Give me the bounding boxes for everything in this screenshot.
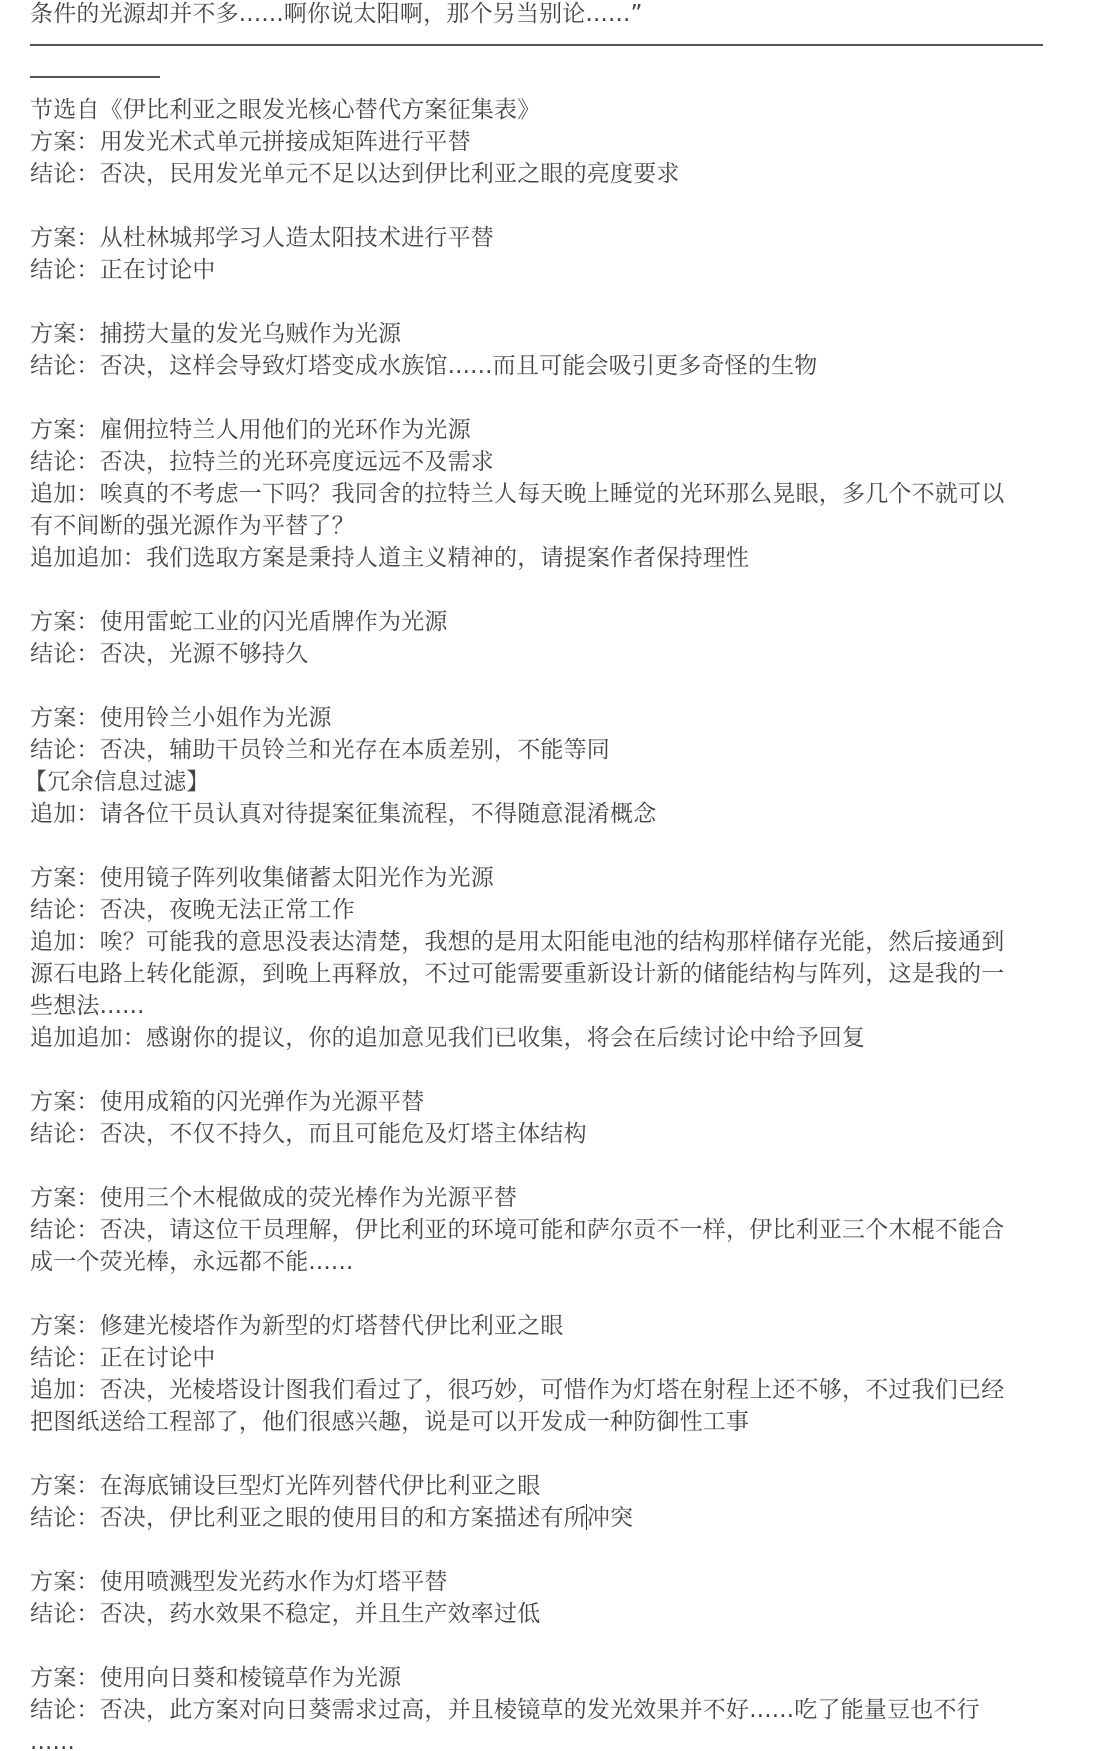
proposal-plan: 方案：使用雷蛇工业的闪光盾牌作为光源 [30, 606, 1050, 638]
spacer [30, 190, 1050, 222]
spacer [30, 1150, 1050, 1182]
proposal-addendum: 把图纸送给工程部了，他们很感兴趣，说是可以开发成一种防御性工事 [30, 1406, 1050, 1438]
proposal-verdict: 结论：否决，不仅不持久，而且可能危及灯塔主体结构 [30, 1118, 1050, 1150]
proposal-plan: 方案：使用喷溅型发光药水作为灯塔平替 [30, 1566, 1050, 1598]
proposal-addendum: 追加：否决，光棱塔设计图我们看过了，很巧妙，可惜作为灯塔在射程上还不够，不过我们… [30, 1374, 1050, 1406]
verdict-text-after-caret: 冲突 [587, 1505, 633, 1531]
verdict-text-before-caret: 结论：否决，伊比利亚之眼的使用目的和方案描述有所 [30, 1505, 587, 1531]
spacer [30, 1630, 1050, 1662]
divider-bar [30, 76, 160, 78]
proposal-plan: 方案：从杜林城邦学习人造太阳技术进行平替 [30, 222, 1050, 254]
proposal-plan: 方案：用发光术式单元拼接成矩阵进行平替 [30, 126, 1050, 158]
filter-note: 【冗余信息过滤】 [24, 766, 1050, 798]
proposal-addendum: 源石电路上转化能源，到晚上再释放，不过可能需要重新设计新的储能结构与阵列，这是我… [30, 958, 1050, 990]
proposal-plan: 方案：使用向日葵和棱镜草作为光源 [30, 1662, 1050, 1694]
divider-rule-short [30, 62, 1050, 94]
proposal-plan: 方案：使用镜子阵列收集储蓄太阳光作为光源 [30, 862, 1050, 894]
proposal-verdict: 结论：否决，这样会导致灯塔变成水族馆......而且可能会吸引更多奇怪的生物 [30, 350, 1050, 382]
spacer [30, 574, 1050, 606]
proposal-verdict: 结论：否决，药水效果不稳定，并且生产效率过低 [30, 1598, 1050, 1630]
proposal-reply: 追加追加：我们选取方案是秉持人道主义精神的，请提案作者保持理性 [30, 542, 1050, 574]
proposal-plan: 方案：使用铃兰小姐作为光源 [30, 702, 1050, 734]
divider-rule-long [30, 30, 1050, 62]
proposal-verdict: ...... [30, 1726, 1050, 1751]
proposal-plan: 方案：雇佣拉特兰人用他们的光环作为光源 [30, 414, 1050, 446]
proposal-addendum: 追加：请各位干员认真对待提案征集流程，不得随意混淆概念 [30, 798, 1050, 830]
spacer [30, 1278, 1050, 1310]
proposal-verdict: 结论：正在讨论中 [30, 254, 1050, 286]
proposal-verdict: 结论：否决，光源不够持久 [30, 638, 1050, 670]
proposal-plan: 方案：修建光棱塔作为新型的灯塔替代伊比利亚之眼 [30, 1310, 1050, 1342]
document-body: 条件的光源却并不多......啊你说太阳啊，那个另当别论......” 节选自《… [30, 0, 1050, 1751]
spacer [30, 382, 1050, 414]
spacer [30, 1438, 1050, 1470]
proposal-plan: 方案：使用成箱的闪光弹作为光源平替 [30, 1086, 1050, 1118]
proposal-addendum: 有不间断的强光源作为平替了？ [30, 510, 1050, 542]
proposal-verdict: 结论：否决，夜晚无法正常工作 [30, 894, 1050, 926]
proposal-addendum: 追加：唉？可能我的意思没表达清楚，我想的是用太阳能电池的结构那样储存光能，然后接… [30, 926, 1050, 958]
document-title: 节选自《伊比利亚之眼发光核心替代方案征集表》 [30, 94, 1050, 126]
spacer [30, 1534, 1050, 1566]
proposal-verdict: 成一个荧光棒，永远都不能...... [30, 1246, 1050, 1278]
proposal-verdict: 结论：否决，拉特兰的光环亮度远远不及需求 [30, 446, 1050, 478]
proposal-verdict: 结论：正在讨论中 [30, 1342, 1050, 1374]
proposal-verdict: 结论：否决，请这位干员理解，伊比利亚的环境可能和萨尔贡不一样，伊比利亚三个木棍不… [30, 1214, 1050, 1246]
spacer [30, 1054, 1050, 1086]
divider-bar [30, 44, 1043, 46]
proposal-plan: 方案：在海底铺设巨型灯光阵列替代伊比利亚之眼 [30, 1470, 1050, 1502]
proposal-verdict: 结论：否决，此方案对向日葵需求过高，并且棱镜草的发光效果并不好......吃了能… [30, 1694, 1050, 1726]
spacer [30, 830, 1050, 862]
proposal-verdict: 结论：否决，伊比利亚之眼的使用目的和方案描述有所冲突 [30, 1502, 1050, 1534]
proposal-addendum: 追加：唉真的不考虑一下吗？我同舍的拉特兰人每天晚上睡觉的光环那么晃眼，多几个不就… [30, 478, 1050, 510]
proposal-reply: 追加追加：感谢你的提议，你的追加意见我们已收集，将会在后续讨论中给予回复 [30, 1022, 1050, 1054]
proposal-addendum: 些想法...... [30, 990, 1050, 1022]
intro-line: 条件的光源却并不多......啊你说太阳啊，那个另当别论......” [30, 0, 1050, 30]
proposal-verdict: 结论：否决，辅助干员铃兰和光存在本质差别，不能等同 [30, 734, 1050, 766]
proposal-plan: 方案：捕捞大量的发光乌贼作为光源 [30, 318, 1050, 350]
proposal-verdict: 结论：否决，民用发光单元不足以达到伊比利亚之眼的亮度要求 [30, 158, 1050, 190]
spacer [30, 286, 1050, 318]
proposal-plan: 方案：使用三个木棍做成的荧光棒作为光源平替 [30, 1182, 1050, 1214]
spacer [30, 670, 1050, 702]
